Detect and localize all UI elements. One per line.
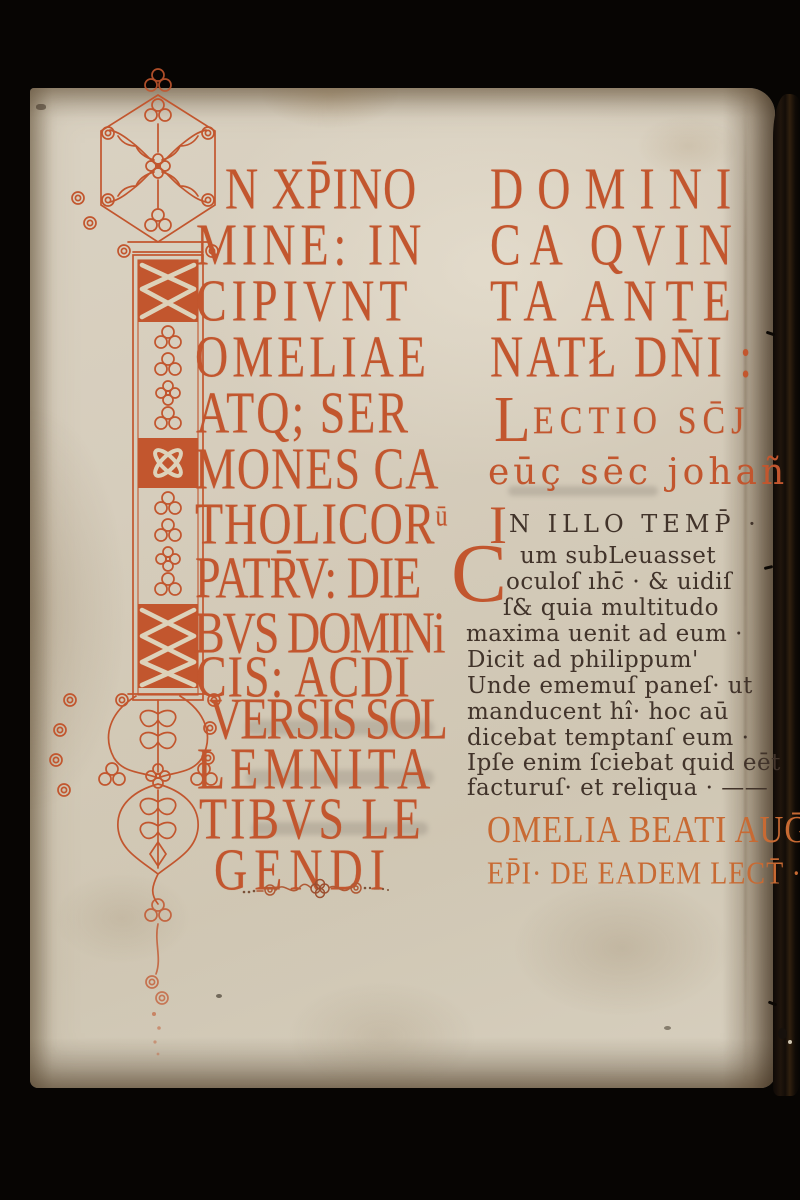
display-line: MONES CA xyxy=(195,440,439,499)
homily-title-line: EP̄I· DE EADEM LECT̄ · xyxy=(487,858,800,890)
book-fore-edge xyxy=(773,94,800,1096)
display-line: PATR̄V: DIE xyxy=(195,549,420,608)
passage-line: Unde ememuſ paneſ· ut xyxy=(467,675,753,698)
manuscript-photo: N XP̄INO MINE: IN CIPIVNT OMELIAE ATQ; S… xyxy=(0,0,800,1200)
lectio-initial: L xyxy=(494,386,531,452)
homily-title-line: OMELIA BEATI AUḠ xyxy=(487,812,800,850)
passage-line: maxima uenit ad eum · xyxy=(466,623,743,646)
display-line: MINE: IN xyxy=(196,216,426,275)
lectio-line: ECTIO SC̄J xyxy=(533,402,750,441)
passage-line: um subLeuasset xyxy=(520,545,716,568)
superscript-u: ū xyxy=(436,500,448,533)
passage-line: oculoſ ıhc̄ · & uidiſ xyxy=(506,571,732,594)
passage-line: Dicit ad philippum' xyxy=(467,649,699,672)
rubric-line: NATŁ DN̄I : xyxy=(490,328,755,387)
display-line: CIPIVNT xyxy=(196,272,412,331)
passage-line: manducent hî· hoc aū xyxy=(467,701,729,724)
passage-line: Ipſe enim ſciebat quid eēt xyxy=(467,752,781,775)
display-line: ATQ; SER xyxy=(196,384,410,443)
display-line: N XP̄INO xyxy=(225,160,417,219)
incipit-line: N ILLO TEMP̄ · xyxy=(509,512,761,536)
rubric-line: DOMINI xyxy=(490,160,745,219)
gospel-reference: eūç sēc johañ · xyxy=(488,455,800,491)
wormhole xyxy=(778,1028,787,1039)
ink-speck xyxy=(664,1026,671,1030)
passage-line: dicebat temptanſ eum · xyxy=(467,727,749,750)
line-filler-icon xyxy=(240,876,390,902)
rubric-line: CA QVIN xyxy=(490,216,741,275)
edge-highlight-speck xyxy=(788,1040,792,1044)
passage-line: ſ& quia multitudo xyxy=(503,597,719,620)
rubric-line: TA ANTE xyxy=(490,272,740,331)
passage-line: facturuſ· et reliqua · —— xyxy=(467,777,768,800)
passage-initial-C: C xyxy=(451,532,507,616)
display-line: OMELIAE xyxy=(195,328,430,387)
